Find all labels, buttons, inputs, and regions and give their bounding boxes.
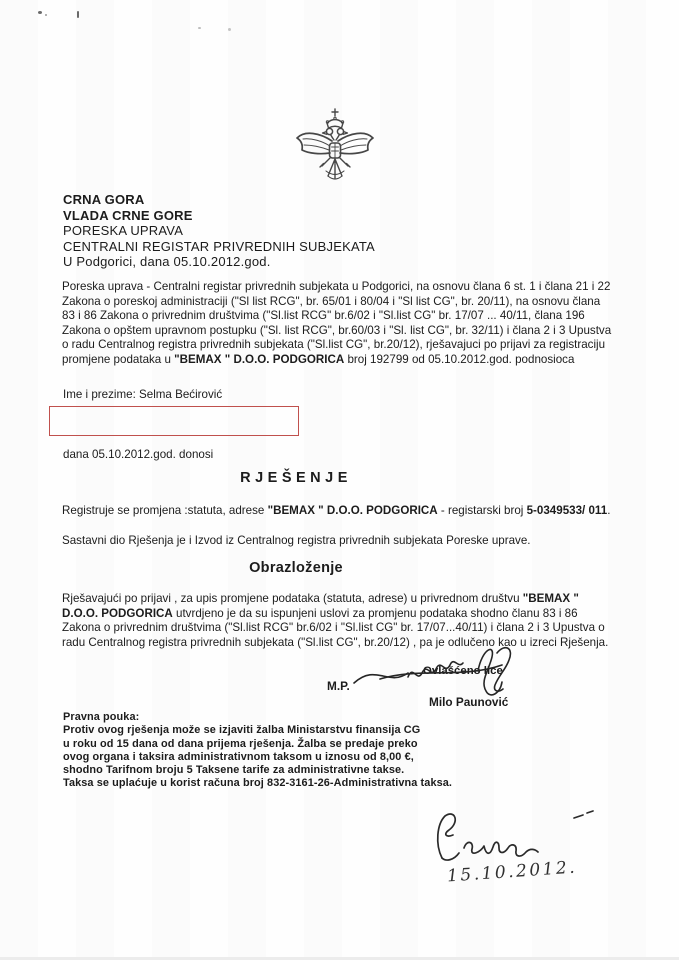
legal-notice-line: u roku od 15 dana od dana prijema rješen…: [63, 738, 452, 751]
explanation-line: D.O.O. PODGORICA utvrdjeno je da su ispu…: [62, 607, 640, 622]
explanation-line: Rješavajući po prijavi , za upis promjen…: [62, 592, 640, 607]
seal-placeholder: M.P.: [327, 679, 350, 693]
decision-title: RJEŠENJE: [0, 470, 592, 486]
scan-speck: [77, 11, 79, 18]
intro-line: Zakona o opštem upravnom postupku ("Sl. …: [62, 324, 637, 339]
letterhead-country: CRNA GORA: [63, 192, 375, 208]
letterhead-agency: PORESKA UPRAVA: [63, 223, 375, 239]
scanned-document-page: CRNA GORA VLADA CRNE GORE PORESKA UPRAVA…: [0, 0, 679, 960]
legal-notice: Pravna pouka: Protiv ovog rješenja može …: [63, 711, 452, 791]
scan-speck: [228, 28, 231, 31]
intro-line: o radu Centralnog registra privrednih su…: [62, 338, 637, 353]
explanation-title: Obrazloženje: [0, 560, 592, 576]
decision-statement: Registruje se promjena :statuta, adrese …: [62, 504, 652, 517]
intro-line: promjene podataka u "BEMAX " D.O.O. PODG…: [62, 353, 637, 368]
legal-notice-line: Taksa se uplaćuje u korist računa broj 8…: [63, 777, 452, 790]
legal-notice-line: Protiv ovog rješenja može se izjaviti ža…: [63, 724, 452, 737]
intro-line: Poreska uprava - Centralni registar priv…: [62, 280, 637, 295]
letterhead-government: VLADA CRNE GORE: [63, 208, 375, 224]
coat-of-arms-icon: [290, 106, 380, 188]
legal-notice-title: Pravna pouka:: [63, 711, 452, 724]
letterhead-registry: CENTRALNI REGISTAR PRIVREDNIH SUBJEKATA: [63, 239, 375, 255]
legal-notice-line: ovog organa i taksira administrativnom t…: [63, 751, 452, 764]
official-signature-scribble: [350, 641, 545, 703]
applicant-name-line: Ime i prezime: Selma Bećirović: [63, 388, 222, 401]
legal-notice-line: shodno Tarifnom broju 5 Taksene tarife z…: [63, 764, 452, 777]
issuance-date-line: dana 05.10.2012.god. donosi: [63, 448, 213, 461]
intro-line: Zakona o poreskoj administraciji ("Sl li…: [62, 295, 637, 310]
letterhead: CRNA GORA VLADA CRNE GORE PORESKA UPRAVA…: [63, 192, 375, 270]
scan-speck: [38, 11, 42, 14]
letterhead-place-date: U Podgorici, dana 05.10.2012.god.: [63, 254, 375, 270]
intro-line: 83 i 86 Zakona o privrednim društvima ("…: [62, 309, 637, 324]
scan-speck: [198, 27, 201, 29]
attachment-note: Sastavni dio Rješenja je i Izvod iz Cent…: [62, 534, 652, 547]
scan-speck: [45, 14, 47, 16]
explanation-line: Zakona o privrednim društvima ("Sl.list …: [62, 621, 640, 636]
redaction-annotation-box: [49, 406, 299, 436]
signer-name: Milo Paunović: [429, 695, 508, 709]
intro-paragraph: Poreska uprava - Centralni registar priv…: [62, 280, 637, 368]
